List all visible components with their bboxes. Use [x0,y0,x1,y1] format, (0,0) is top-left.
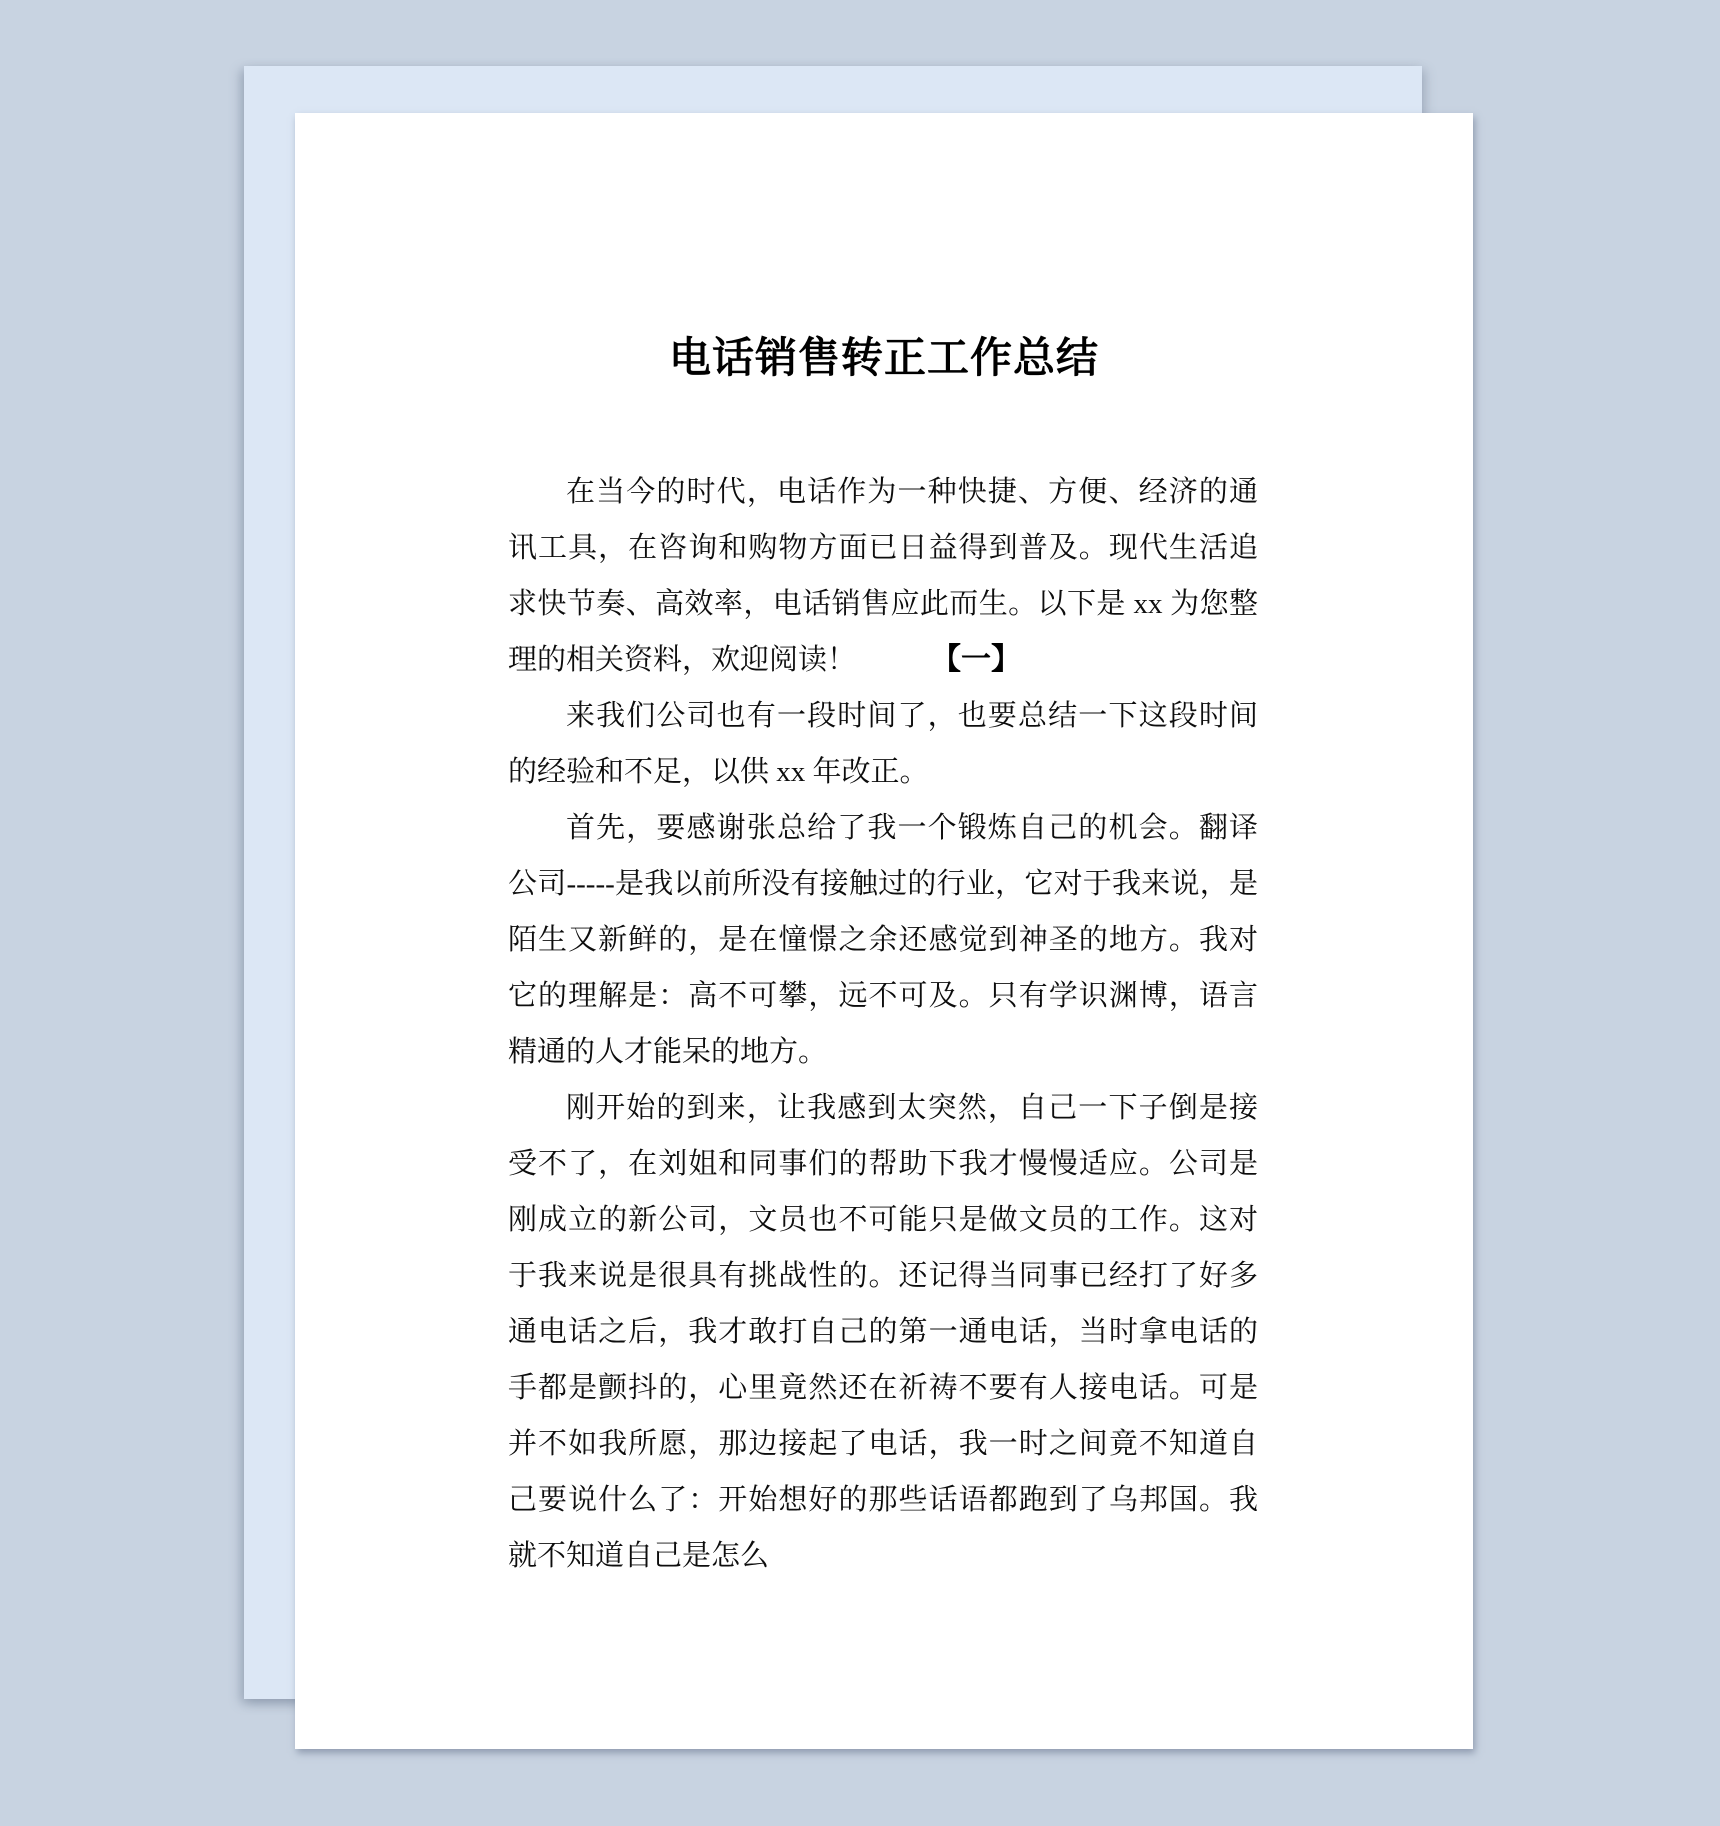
document-page: 电话销售转正工作总结 在当今的时代，电话作为一种快捷、方便、经济的通讯工具，在咨… [295,113,1473,1749]
section-one-marker: 【一】 [931,643,1021,676]
document-body: 在当今的时代，电话作为一种快捷、方便、经济的通讯工具，在咨询和购物方面已日益得到… [508,464,1258,1584]
paragraph-thanks: 首先，要感谢张总给了我一个锻炼自己的机会。翻译公司-----是我以前所没有接触过… [508,800,1258,1080]
document-title: 电话销售转正工作总结 [295,330,1473,386]
paragraph-summary-opening: 来我们公司也有一段时间了，也要总结一下这段时间的经验和不足，以供 xx 年改正。 [508,688,1258,800]
paragraph-first-call: 刚开始的到来，让我感到太突然，自己一下子倒是接受不了，在刘姐和同事们的帮助下我才… [508,1080,1258,1584]
paragraph-intro: 在当今的时代，电话作为一种快捷、方便、经济的通讯工具，在咨询和购物方面已日益得到… [508,464,1258,688]
canvas-background: 电话销售转正工作总结 在当今的时代，电话作为一种快捷、方便、经济的通讯工具，在咨… [0,0,1720,1826]
paragraph-text: 来我们公司也有一段时间了，也要总结一下这段时间的经验和不足，以供 xx 年改正。 [508,700,1258,788]
paragraph-text: 刚开始的到来，让我感到太突然，自己一下子倒是接受不了，在刘姐和同事们的帮助下我才… [508,1092,1258,1572]
paragraph-text: 在当今的时代，电话作为一种快捷、方便、经济的通讯工具，在咨询和购物方面已日益得到… [508,476,1258,676]
paragraph-text: 首先，要感谢张总给了我一个锻炼自己的机会。翻译公司-----是我以前所没有接触过… [508,812,1258,1068]
